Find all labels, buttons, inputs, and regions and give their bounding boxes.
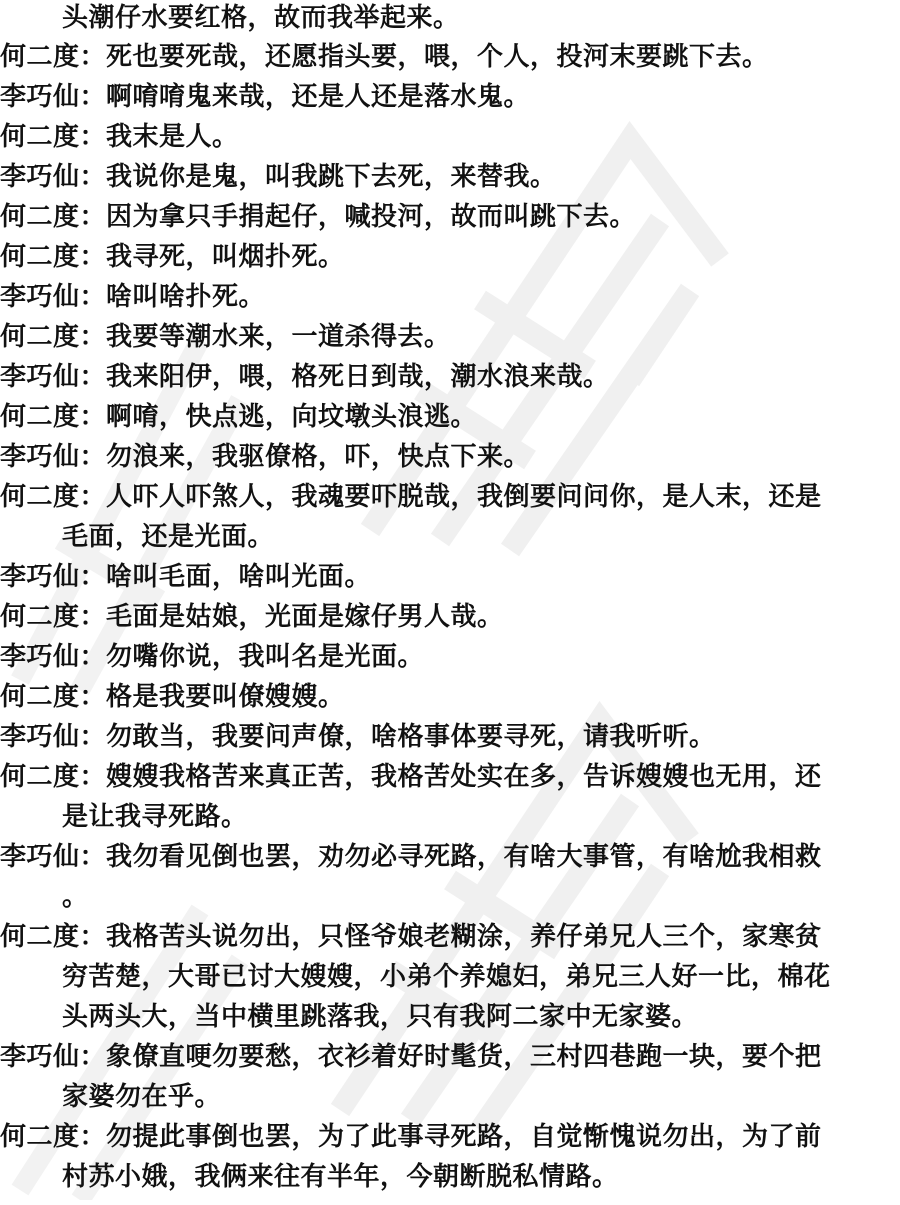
line-text: 毛面，还是光面。: [62, 522, 274, 552]
line-text: 人吓人吓煞人，我魂要吓脱哉，我倒要问问你，是人末，还是: [106, 482, 822, 512]
script-line: 李巧仙：啊唷唷鬼来哉，还是人还是落水鬼。: [0, 77, 530, 117]
script-line: 何二度：我末是人。: [0, 117, 239, 157]
script-line: 头潮仔水要红格，故而我举起来。: [62, 0, 460, 38]
line-text: 我来阳伊，喂，格死日到哉，潮水浪来哉。: [106, 362, 610, 392]
line-text: 死也要死哉，还愿指头要，喂，个人，投河末要跳下去。: [106, 42, 769, 72]
line-text: 是让我寻死路。: [62, 802, 248, 832]
line-text: 啊唷唷鬼来哉，还是人还是落水鬼。: [106, 82, 530, 112]
speaker-name: 何二度：: [0, 1122, 106, 1152]
speaker-name: 李巧仙：: [0, 282, 106, 312]
speaker-name: 李巧仙：: [0, 642, 106, 672]
script-line: 家婆勿在乎。: [62, 1077, 221, 1117]
speaker-name: 李巧仙：: [0, 442, 106, 472]
line-text: 勿浪来，我驱僚格，吓，快点下来。: [106, 442, 530, 472]
script-line: 何二度：毛面是姑娘，光面是嫁仔男人哉。: [0, 597, 504, 637]
script-line: 穷苦楚，大哥已讨大嫂嫂，小弟个养媳妇，弟兄三人好一比，棉花: [62, 957, 831, 997]
speaker-name: 李巧仙：: [0, 842, 106, 872]
script-line: 何二度：我要等潮水来，一道杀得去。: [0, 317, 451, 357]
script-line: 李巧仙：我来阳伊，喂，格死日到哉，潮水浪来哉。: [0, 357, 610, 397]
line-text: 我勿看见倒也罢，劝勿必寻死路，有啥大事管，有啥尬我相救: [106, 842, 822, 872]
script-line: 毛面，还是光面。: [62, 517, 274, 557]
script-line: 何二度：勿提此事倒也罢，为了此事寻死路，自觉惭愧说勿出，为了前: [0, 1117, 822, 1157]
script-line: 何二度：我格苦头说勿出，只怪爷娘老糊涂，养仔弟兄人三个，家寒贫: [0, 917, 822, 957]
line-text: 我说你是鬼，叫我跳下去死，来替我。: [106, 162, 557, 192]
script-line: 何二度：因为拿只手捐起仔，喊投河，故而叫跳下去。: [0, 197, 636, 237]
line-text: 家婆勿在乎。: [62, 1082, 221, 1112]
line-text: 啊唷，快点逃，向坟墩头浪逃。: [106, 402, 477, 432]
speaker-name: 李巧仙：: [0, 722, 106, 752]
line-text: 毛面是姑娘，光面是嫁仔男人哉。: [106, 602, 504, 632]
speaker-name: 何二度：: [0, 922, 106, 952]
line-text: 象僚直哽勿要愁，衣衫着好时髦货，三村四巷跑一块，要个把: [106, 1042, 822, 1072]
speaker-name: 李巧仙：: [0, 362, 106, 392]
script-line: 李巧仙：象僚直哽勿要愁，衣衫着好时髦货，三村四巷跑一块，要个把: [0, 1037, 822, 1077]
line-text: 我寻死，叫烟扑死。: [106, 242, 345, 272]
line-text: 我要等潮水来，一道杀得去。: [106, 322, 451, 352]
script-line: 村苏小娥，我俩来往有半年，今朝断脱私情路。: [62, 1157, 619, 1197]
speaker-name: 何二度：: [0, 322, 106, 352]
script-line: 李巧仙：勿嘴你说，我叫名是光面。: [0, 637, 424, 677]
script-line: 何二度：嫂嫂我格苦来真正苦，我格苦处实在多，告诉嫂嫂也无用，还: [0, 757, 822, 797]
script-line: 。: [62, 877, 89, 917]
script-line: 李巧仙：啥叫毛面，啥叫光面。: [0, 557, 371, 597]
line-text: 嫂嫂我格苦来真正苦，我格苦处实在多，告诉嫂嫂也无用，还: [106, 762, 822, 792]
speaker-name: 李巧仙：: [0, 1042, 106, 1072]
speaker-name: 何二度：: [0, 242, 106, 272]
speaker-name: 何二度：: [0, 762, 106, 792]
line-text: 。: [62, 882, 89, 912]
speaker-name: 何二度：: [0, 682, 106, 712]
speaker-name: 何二度：: [0, 202, 106, 232]
line-text: 因为拿只手捐起仔，喊投河，故而叫跳下去。: [106, 202, 636, 232]
speaker-name: 李巧仙：: [0, 562, 106, 592]
speaker-name: 李巧仙：: [0, 162, 106, 192]
script-line: 何二度：我寻死，叫烟扑死。: [0, 237, 345, 277]
line-text: 勿提此事倒也罢，为了此事寻死路，自觉惭愧说勿出，为了前: [106, 1122, 822, 1152]
script-line: 李巧仙：我说你是鬼，叫我跳下去死，来替我。: [0, 157, 557, 197]
speaker-name: 何二度：: [0, 122, 106, 152]
line-text: 啥叫啥扑死。: [106, 282, 265, 312]
line-text: 村苏小娥，我俩来往有半年，今朝断脱私情路。: [62, 1162, 619, 1192]
script-line: 李巧仙：勿浪来，我驱僚格，吓，快点下来。: [0, 437, 530, 477]
speaker-name: 何二度：: [0, 482, 106, 512]
speaker-name: 何二度：: [0, 402, 106, 432]
line-text: 头潮仔水要红格，故而我举起来。: [62, 3, 460, 33]
script-line: 李巧仙：啥叫啥扑死。: [0, 277, 265, 317]
line-text: 穷苦楚，大哥已讨大嫂嫂，小弟个养媳妇，弟兄三人好一比，棉花: [62, 962, 831, 992]
script-line: 头两头大，当中横里跳落我，只有我阿二家中无家婆。: [62, 997, 698, 1037]
speaker-name: 何二度：: [0, 42, 106, 72]
script-line: 李巧仙：勿敢当，我要问声僚，啥格事体要寻死，请我听听。: [0, 717, 716, 757]
script-line: 是让我寻死路。: [62, 797, 248, 837]
line-text: 勿嘴你说，我叫名是光面。: [106, 642, 424, 672]
script-line: 何二度：人吓人吓煞人，我魂要吓脱哉，我倒要问问你，是人末，还是: [0, 477, 822, 517]
speaker-name: 李巧仙：: [0, 82, 106, 112]
script-line: 何二度：啊唷，快点逃，向坟墩头浪逃。: [0, 397, 477, 437]
line-text: 勿敢当，我要问声僚，啥格事体要寻死，请我听听。: [106, 722, 716, 752]
line-text: 格是我要叫僚嫂嫂。: [106, 682, 345, 712]
line-text: 我格苦头说勿出，只怪爷娘老糊涂，养仔弟兄人三个，家寒贫: [106, 922, 822, 952]
script-line: 李巧仙：我勿看见倒也罢，劝勿必寻死路，有啥大事管，有啥尬我相救: [0, 837, 822, 877]
line-text: 啥叫毛面，啥叫光面。: [106, 562, 371, 592]
line-text: 头两头大，当中横里跳落我，只有我阿二家中无家婆。: [62, 1002, 698, 1032]
line-text: 我末是人。: [106, 122, 239, 152]
script-line: 何二度：格是我要叫僚嫂嫂。: [0, 677, 345, 717]
speaker-name: 何二度：: [0, 602, 106, 632]
script-line: 何二度：死也要死哉，还愿指头要，喂，个人，投河末要跳下去。: [0, 37, 769, 77]
